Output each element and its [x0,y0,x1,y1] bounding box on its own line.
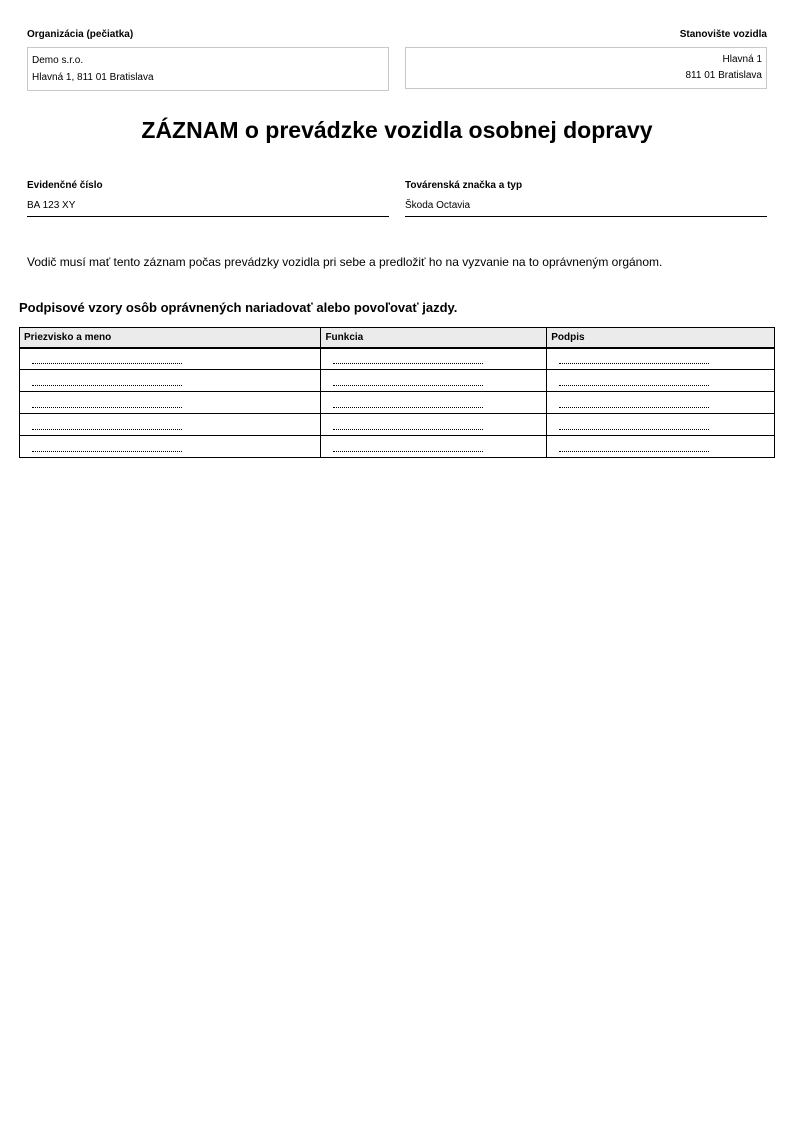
organization-box: Demo s.r.o. Hlavná 1, 811 01 Bratislava [27,47,389,91]
cell-name[interactable] [20,436,321,458]
dotted-fill-line [333,385,483,386]
dotted-fill-line [32,407,182,408]
cell-name[interactable] [20,348,321,370]
cell-function[interactable] [321,348,547,370]
location-city: 811 01 Bratislava [410,68,762,84]
dotted-fill-line [333,407,483,408]
driver-note: Vodič musí mať tento záznam počas prevád… [27,255,662,269]
table-row [20,436,775,458]
table-header-row: Priezvisko a meno Funkcia Podpis [20,328,775,348]
cell-function[interactable] [321,414,547,436]
cell-name[interactable] [20,370,321,392]
column-header-signature: Podpis [547,328,775,348]
dotted-fill-line [32,385,182,386]
cell-name[interactable] [20,392,321,414]
column-header-name: Priezvisko a meno [20,328,321,348]
cell-signature[interactable] [547,414,775,436]
cell-function[interactable] [321,392,547,414]
cell-signature[interactable] [547,370,775,392]
cell-signature[interactable] [547,348,775,370]
location-box: Hlavná 1 811 01 Bratislava [405,47,767,89]
dotted-fill-line [559,407,709,408]
table-row [20,392,775,414]
cell-function[interactable] [321,370,547,392]
cell-function[interactable] [321,436,547,458]
registration-field: BA 123 XY [27,197,389,217]
page-title: ZÁZNAM o prevádzke vozidla osobnej dopra… [0,117,794,144]
cell-signature[interactable] [547,392,775,414]
signatures-table-body [20,348,775,458]
organization-label: Organizácia (pečiatka) [27,29,133,40]
organization-name: Demo s.r.o. [32,52,384,69]
dotted-fill-line [333,451,483,452]
organization-address: Hlavná 1, 811 01 Bratislava [32,69,384,86]
table-row [20,370,775,392]
dotted-fill-line [32,429,182,430]
registration-value: BA 123 XY [27,200,75,211]
cell-signature[interactable] [547,436,775,458]
column-header-function: Funkcia [321,328,547,348]
registration-label: Evidenčné číslo [27,180,103,191]
dotted-fill-line [333,363,483,364]
location-street: Hlavná 1 [410,52,762,68]
table-row [20,414,775,436]
dotted-fill-line [559,451,709,452]
dotted-fill-line [559,363,709,364]
make-model-value: Škoda Octavia [405,200,470,211]
signatures-table: Priezvisko a meno Funkcia Podpis [19,327,775,458]
cell-name[interactable] [20,414,321,436]
location-label: Stanovište vozidla [680,29,767,40]
make-model-field: Škoda Octavia [405,197,767,217]
dotted-fill-line [32,451,182,452]
dotted-fill-line [32,363,182,364]
signatures-heading: Podpisové vzory osôb oprávnených nariado… [19,300,457,315]
make-model-label: Továrenská značka a typ [405,180,522,191]
dotted-fill-line [333,429,483,430]
table-row [20,348,775,370]
dotted-fill-line [559,385,709,386]
dotted-fill-line [559,429,709,430]
